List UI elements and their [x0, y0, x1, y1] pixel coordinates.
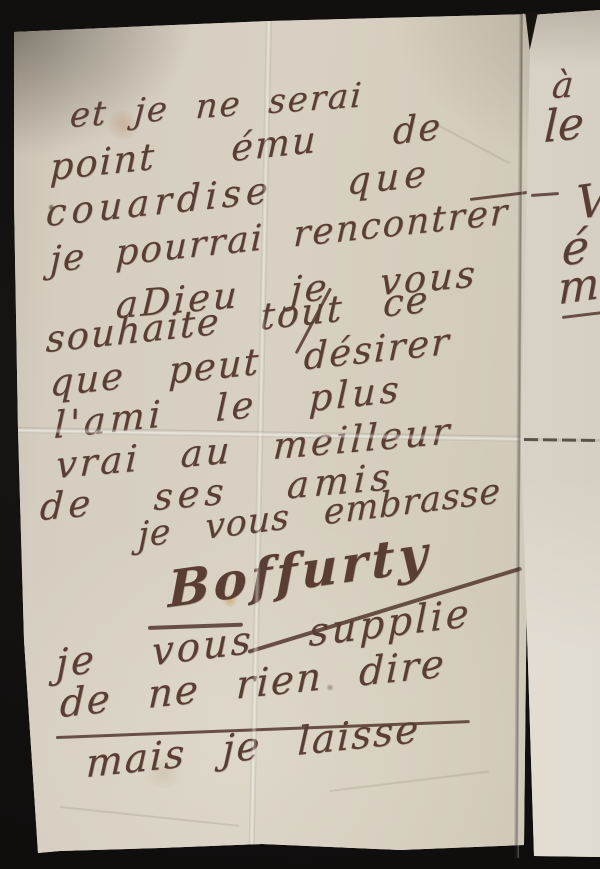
main-page: et je ne serai point ému de couardise qu… — [0, 0, 600, 869]
handwriting-fragment: le — [543, 98, 585, 154]
fold-crease-horizontal — [524, 438, 600, 442]
letter-photo: et je ne serai point ému de couardise qu… — [0, 0, 600, 869]
handwriting-fragment: m — [558, 258, 599, 315]
wrinkle-crease — [60, 806, 239, 827]
pen-stroke — [531, 192, 559, 197]
wrinkle-crease — [330, 771, 489, 792]
